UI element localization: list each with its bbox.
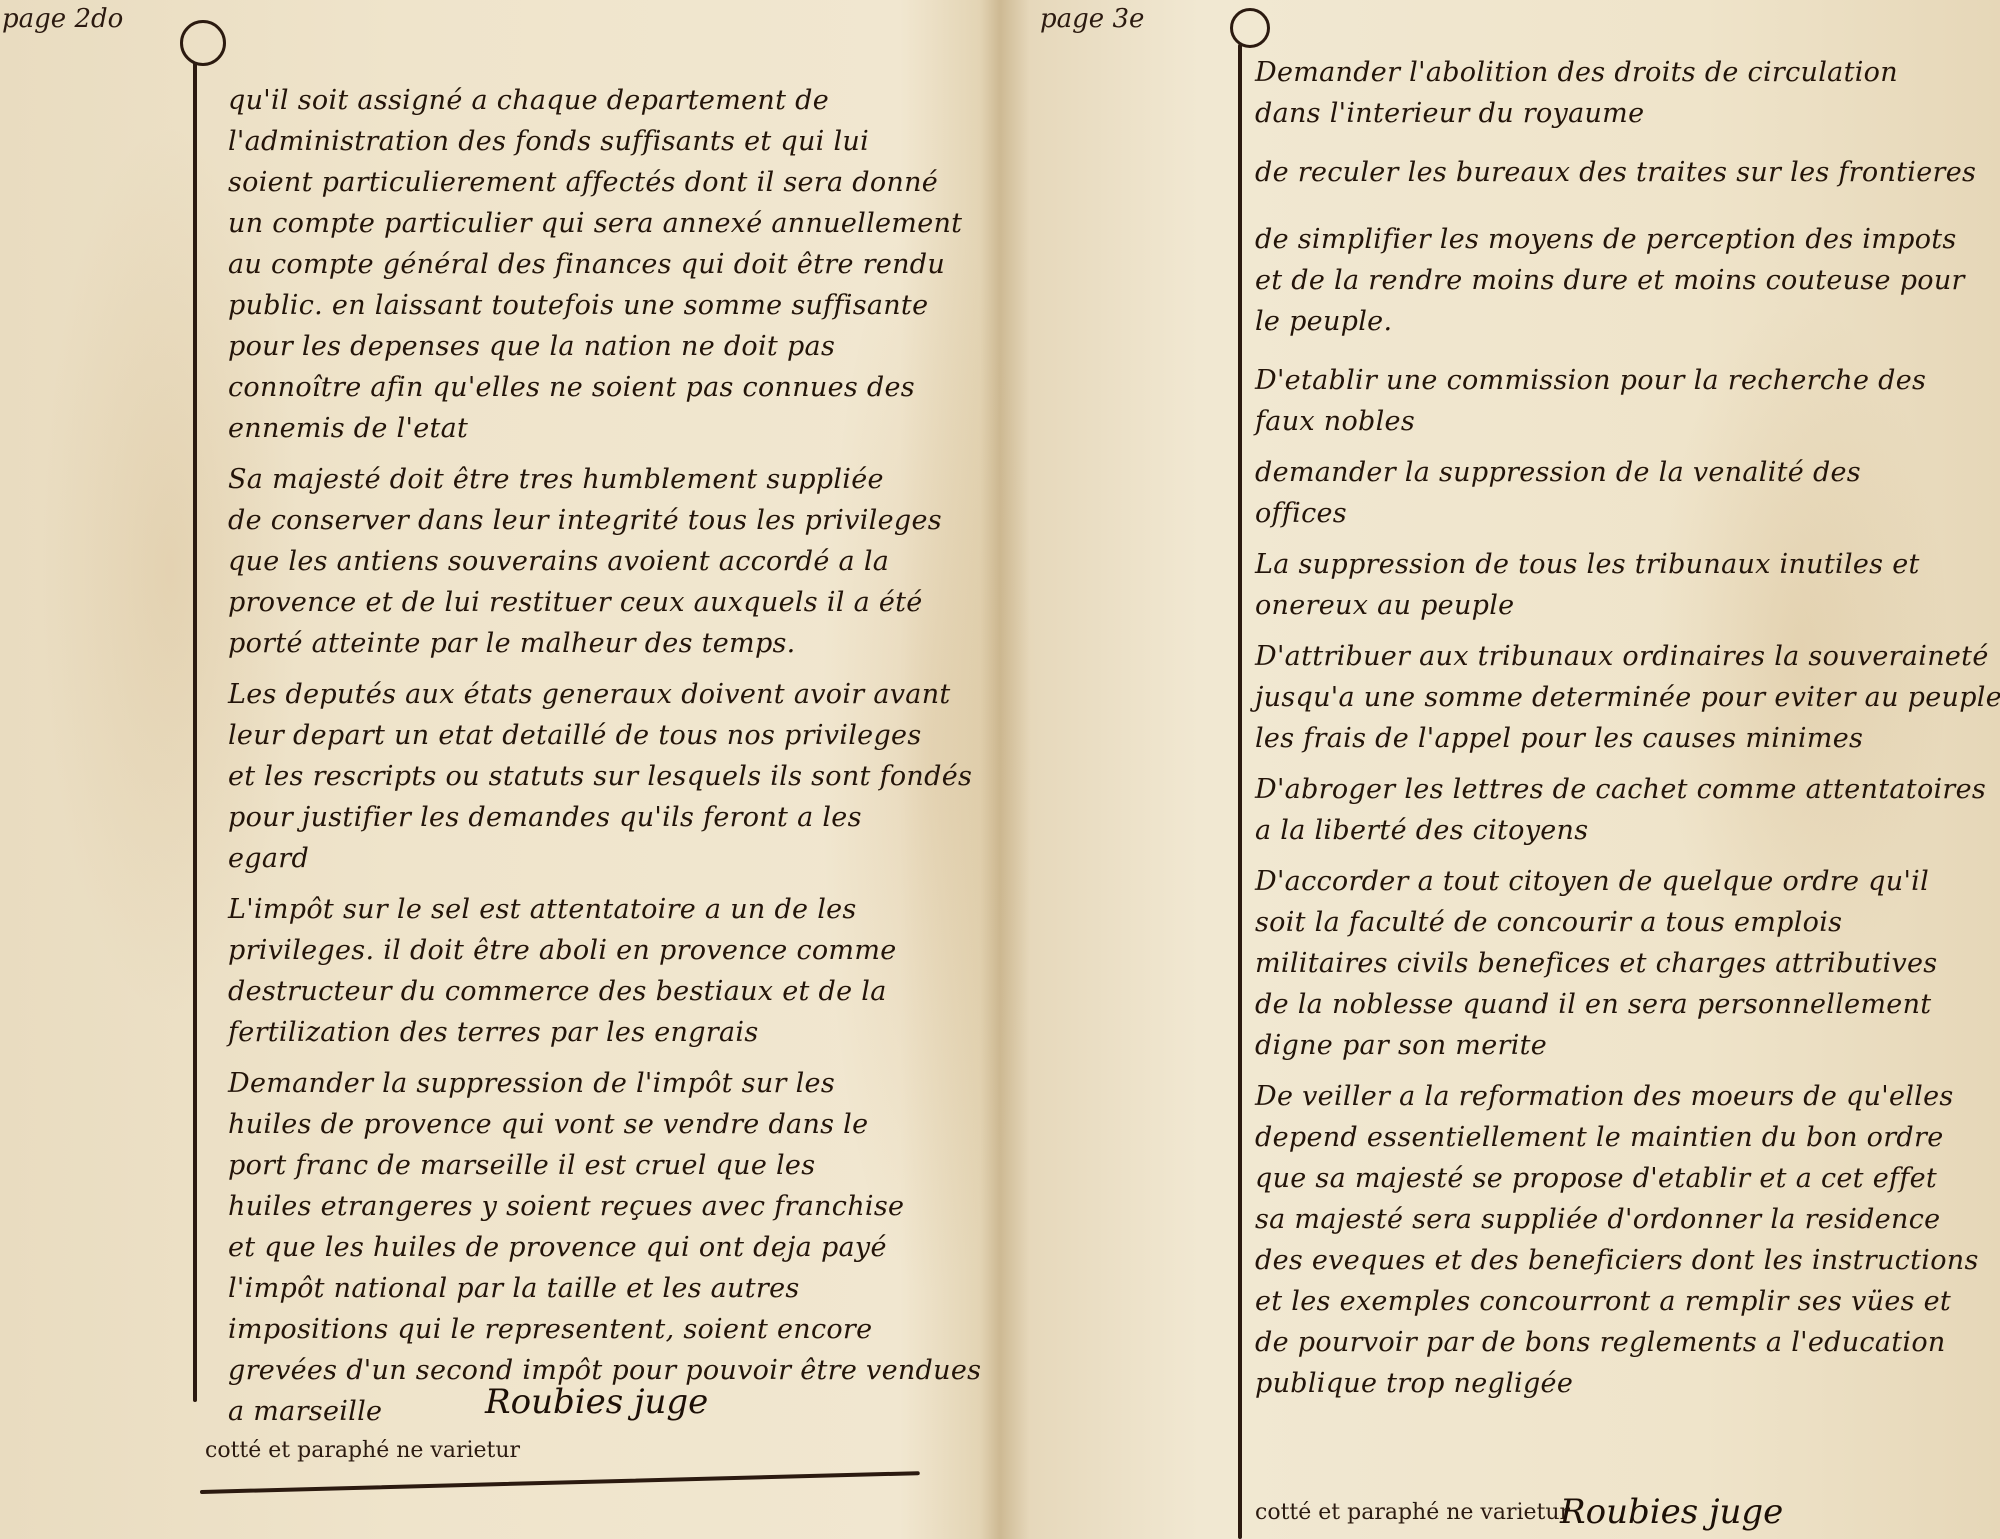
signature: Roubies juge xyxy=(485,1382,708,1422)
margin-flourish-icon xyxy=(1230,8,1270,48)
paragraph: D'attribuer aux tribunaux ordinaires la … xyxy=(1255,636,1985,759)
margin-flourish-icon xyxy=(180,20,226,66)
paragraph: La suppression de tous les tribunaux inu… xyxy=(1255,544,1985,626)
cote-paraphe: cotté et paraphé ne varietur xyxy=(205,1438,520,1463)
paragraph: de reculer les bureaux des traites sur l… xyxy=(1255,152,1985,193)
paragraph: Demander l'abolition des droits de circu… xyxy=(1255,52,1985,134)
paragraph: De veiller a la reformation des moeurs d… xyxy=(1255,1076,1985,1404)
page-number: page 3e xyxy=(1040,4,1144,34)
signature: Roubies juge xyxy=(1560,1492,1783,1532)
paragraph: Demander la suppression de l'impôt sur l… xyxy=(228,1063,968,1432)
paragraph: L'impôt sur le sel est attentatoire a un… xyxy=(228,889,968,1053)
paragraph: D'accorder a tout citoyen de quelque ord… xyxy=(1255,861,1985,1066)
margin-line xyxy=(1238,44,1242,1539)
margin-line xyxy=(193,62,197,1402)
paragraph: Sa majesté doit être tres humblement sup… xyxy=(228,459,968,664)
paragraph: Les deputés aux états generaux doivent a… xyxy=(228,674,968,879)
cote-paraphe: cotté et paraphé ne varietur xyxy=(1255,1500,1570,1525)
page-number: page 2do xyxy=(2,4,123,34)
paragraph: D'etablir une commission pour la recherc… xyxy=(1255,360,1985,442)
left-page: page 2do qu'il soit assigné a chaque dep… xyxy=(0,0,985,1539)
closing-rule xyxy=(200,1471,920,1494)
manuscript-spread: page 2do qu'il soit assigné a chaque dep… xyxy=(0,0,2000,1539)
right-page-text: Demander l'abolition des droits de circu… xyxy=(1255,52,1985,1414)
left-page-text: qu'il soit assigné a chaque departement … xyxy=(228,80,968,1442)
paragraph: qu'il soit assigné a chaque departement … xyxy=(228,80,968,449)
paragraph: de simplifier les moyens de perception d… xyxy=(1255,219,1985,342)
paragraph: D'abroger les lettres de cachet comme at… xyxy=(1255,769,1985,851)
right-page: page 3e Demander l'abolition des droits … xyxy=(1000,0,2000,1539)
paragraph: demander la suppression de la venalité d… xyxy=(1255,452,1985,534)
